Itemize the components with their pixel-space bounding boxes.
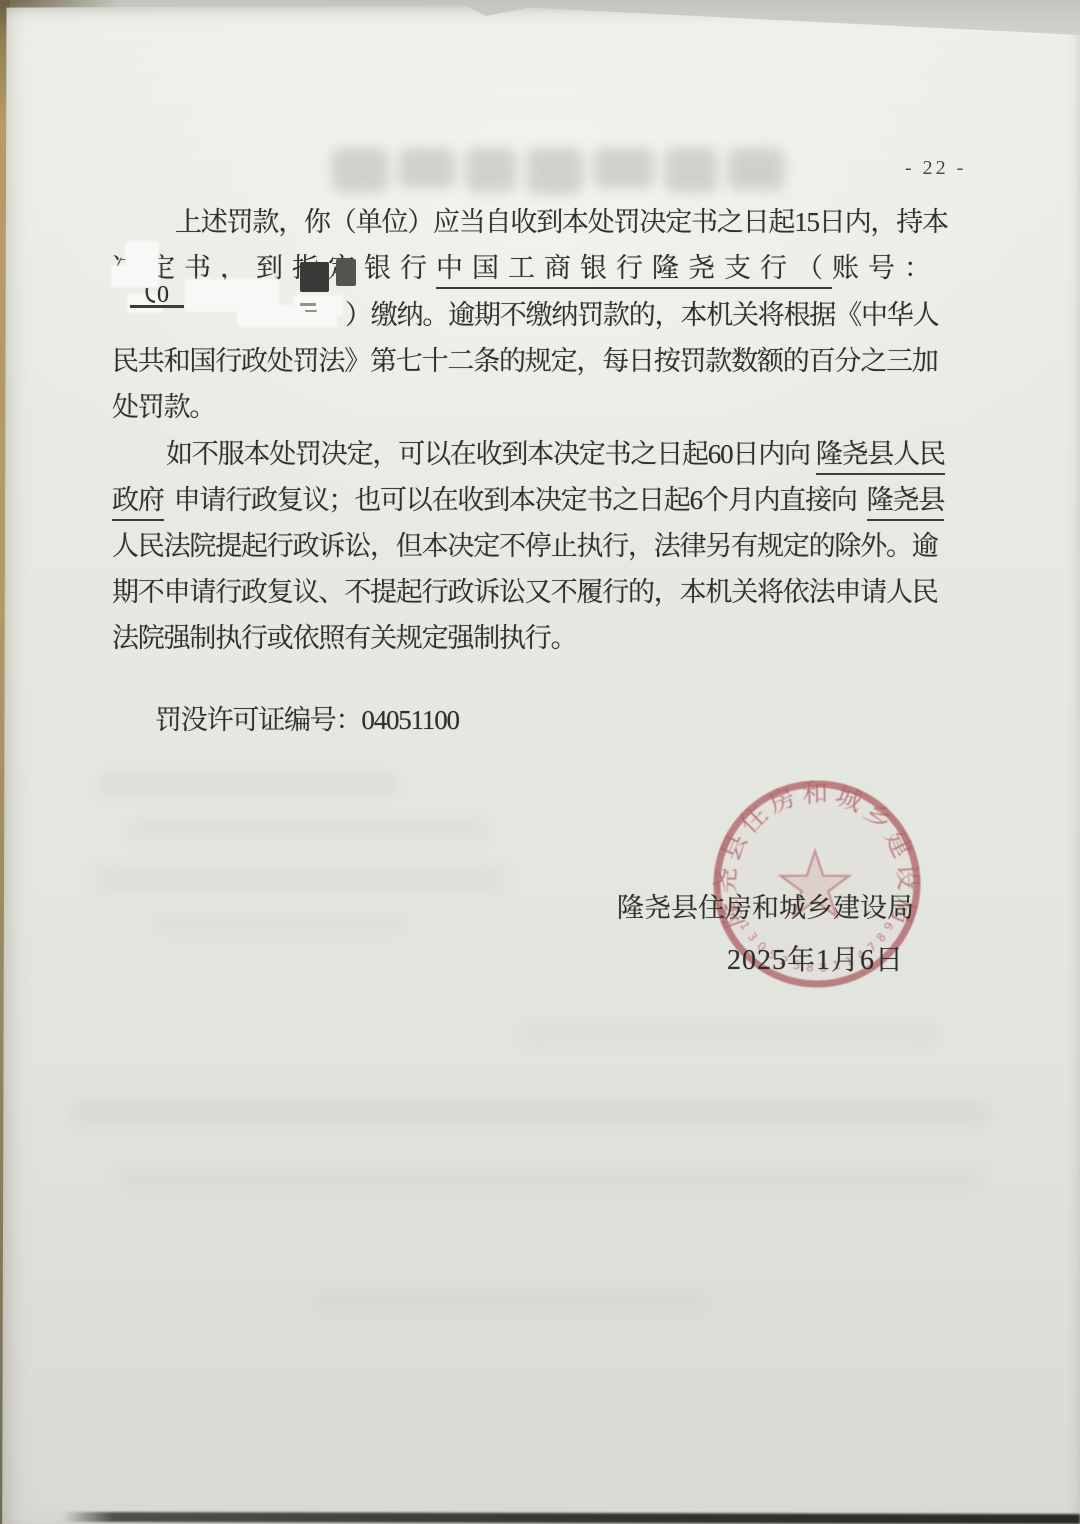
bleed-through-smudge bbox=[98, 772, 398, 796]
whiteout-redaction bbox=[294, 296, 342, 315]
county-underlined: 隆尧县 bbox=[867, 485, 944, 521]
scanned-document-photo: - 22 - 上述罚款，你（单位）应当自收到本处罚决定书之日起15日内，持本 决… bbox=[0, 0, 1080, 1524]
para2-line2: 政府申请行政复议；也可以在收到本决定书之日起6个月内直接向隆尧县 bbox=[112, 478, 944, 517]
account-underline-fragment bbox=[130, 305, 184, 308]
paper-bottom-edge-shadow bbox=[62, 1512, 1080, 1524]
bleed-through-title-smudge bbox=[332, 148, 784, 194]
bleed-through-smudge bbox=[310, 1292, 710, 1314]
page-number: - 22 - bbox=[905, 157, 966, 180]
issuing-agency-name: 隆尧县住房和城乡建设局 bbox=[617, 886, 914, 925]
para1-line2-pre: 决定书，到指定银行 bbox=[112, 253, 436, 283]
whiteout-redaction bbox=[126, 242, 158, 267]
para2-line2-mid: 申请行政复议；也可以在收到本决定书之日起6个月内直接向 bbox=[174, 485, 857, 515]
para2-line3: 人民法院提起行政诉讼，但本决定不停止执行，法律另有规定的除外。逾 bbox=[112, 524, 938, 563]
bank-name-underlined: 中国工商银行隆尧支行（ bbox=[436, 253, 832, 289]
dark-redaction-block bbox=[336, 259, 356, 286]
bleed-through-smudge bbox=[150, 916, 410, 936]
para2-line1-pre: 如不服本处罚决定，可以在收到本决定书之日起60日内向 bbox=[166, 439, 810, 469]
para1-line1: 上述罚款，你（单位）应当自收到本处罚决定书之日起15日内，持本 bbox=[175, 200, 948, 239]
para2-line1: 如不服本处罚决定，可以在收到本决定书之日起60日内向隆尧县人民 bbox=[166, 432, 945, 471]
gov-name-underlined: 隆尧县人民 bbox=[816, 439, 945, 475]
gov-name-underlined-cont: 政府 bbox=[112, 485, 164, 521]
para1-line5: 处罚款。 bbox=[112, 385, 215, 424]
para1-line2-post: 账号： bbox=[832, 253, 940, 283]
para1-line4: 民共和国行政处罚法》第七十二条的规定，每日按罚款数额的百分之三加 bbox=[112, 339, 938, 378]
faint-stroke-fragment bbox=[300, 303, 316, 306]
bleed-through-smudge bbox=[95, 868, 505, 892]
para2-line5: 法院强制执行或依照有关规定强制执行。 bbox=[112, 616, 576, 655]
faint-stroke-fragment bbox=[305, 310, 317, 312]
dark-redaction-block bbox=[300, 262, 329, 292]
bleed-through-smudge bbox=[520, 1022, 940, 1046]
para1-line3: ）缴纳。逾期不缴纳罚款的，本机关将根据《中华人 bbox=[345, 293, 938, 332]
bleed-through-smudge bbox=[130, 820, 490, 842]
decision-date: 2025年1月6日 bbox=[727, 938, 904, 978]
whiteout-redaction bbox=[112, 266, 158, 286]
document-page: - 22 - 上述罚款，你（单位）应当自收到本处罚决定书之日起15日内，持本 决… bbox=[0, 0, 1080, 1524]
para2-line4: 期不申请行政复议、不提起行政诉讼又不履行的，本机关将依法申请人民 bbox=[112, 570, 938, 609]
bleed-through-smudge bbox=[120, 1168, 980, 1194]
penalty-permit-number-line: 罚没许可证编号：04051100 bbox=[155, 698, 459, 737]
bleed-through-smudge bbox=[70, 1098, 990, 1126]
